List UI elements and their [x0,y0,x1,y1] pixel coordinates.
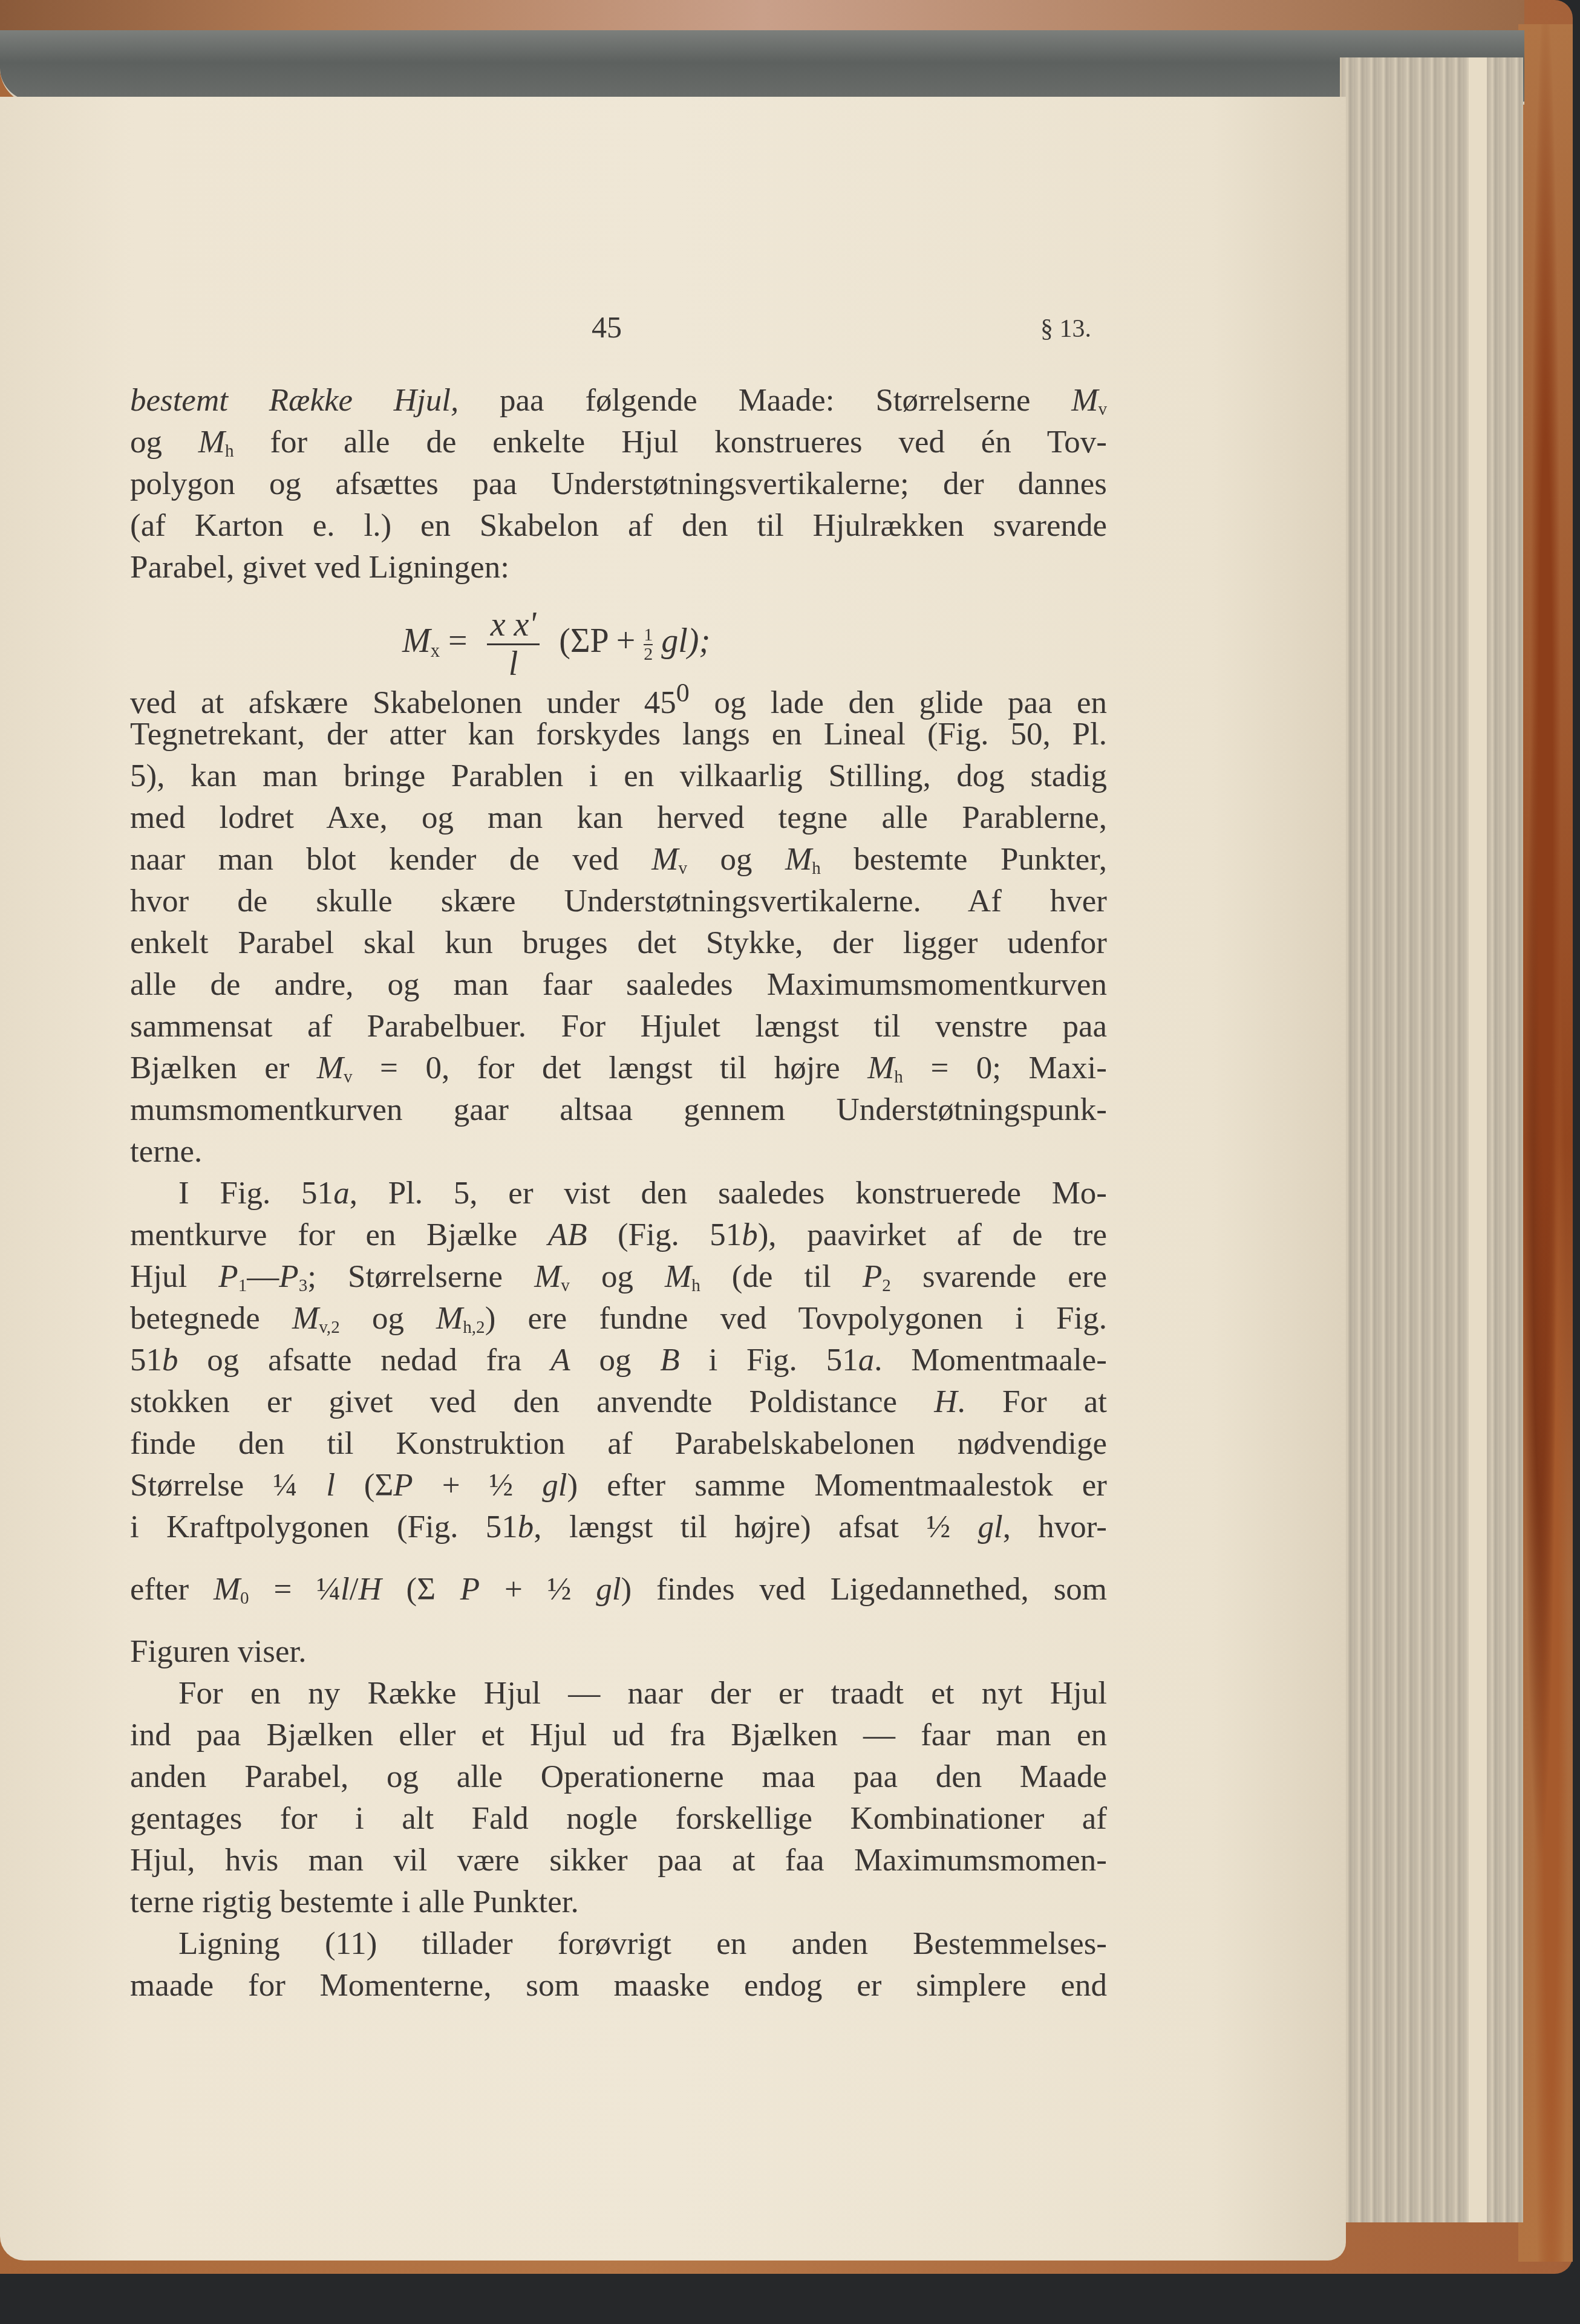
page-stack-highlight [1469,57,1487,2222]
text-line: 5), kan man bringe Parablen i en vilkaar… [130,755,1107,797]
text-line: naar man blot kender de ved Mv og Mh bes… [130,839,1107,880]
text-line: ind paa Bjælken eller et Hjul ud fra Bjæ… [130,1714,1107,1756]
text-line: hvor de skulle skære Understøtningsverti… [130,880,1107,922]
text-line: For en ny Række Hjul — naar der er traad… [130,1673,1107,1714]
text-line: og Mh for alle de enkelte Hjul konstruer… [130,422,1107,463]
text-line: mumsmomentkurven gaar altsaa gennem Unde… [130,1089,1107,1131]
text-line: bestemt Række Hjul, paa følgende Maade: … [130,380,1107,422]
text-line: gentages for i alt Fald nogle forskellig… [130,1798,1107,1840]
line-spacer [130,1610,1107,1631]
text-line: Figuren viser. [130,1631,1107,1673]
text-line: finde den til Konstruktion af Parabelska… [130,1423,1107,1465]
text-line: Tegnetrekant, der atter kan forskydes la… [130,714,1107,755]
text-line: mentkurve for en Bjælke AB (Fig. 51b), p… [130,1214,1107,1256]
text-line: enkelt Parabel skal kun bruges det Stykk… [130,922,1107,964]
text-line: 51b og afsatte nedad fra A og B i Fig. 5… [130,1339,1107,1381]
section-marker: § 13. [1040,314,1091,343]
text-line: sammensat af Parabelbuer. For Hjulet læn… [130,1006,1107,1047]
text-line: Bjælken er Mv = 0, for det længst til hø… [130,1047,1107,1089]
text-line: alle de andre, og man faar saaledes Maxi… [130,964,1107,1006]
text-line: ved at afskære Skabelonen under 450 og l… [130,672,1107,714]
text-line: Hjul P1—P3; Størrelserne Mv og Mh (de ti… [130,1256,1107,1298]
text-line: I Fig. 51a, Pl. 5, er vist den saaledes … [130,1173,1107,1214]
text-line: betegnede Mv,2 og Mh,2) ere fundne ved T… [130,1298,1107,1339]
text-line: stokken er givet ved den anvendte Poldis… [130,1381,1107,1423]
text-line: med lodret Axe, og man kan herved tegne … [130,797,1107,839]
page-number: 45 [592,310,622,345]
text-line: anden Parabel, og alle Operationerne maa… [130,1756,1107,1798]
page-stack-edge [1340,57,1523,2222]
text-line: Parabel, givet ved Ligningen: [130,547,1107,588]
line-spacer [130,1548,1107,1569]
text-line: efter M0 = ¼l/H (Σ P + ½ gl) findes ved … [130,1569,1107,1610]
text-line: terne rigtig bestemte i alle Punkter. [130,1881,1107,1923]
body-text: bestemt Række Hjul, paa følgende Maade: … [130,380,1107,2007]
text-line: terne. [130,1131,1107,1173]
text-line: (af Karton e. l.) en Skabelon af den til… [130,505,1107,547]
line-spacer [130,588,1107,630]
text-line: polygon og afsættes paa Understøtningsve… [130,463,1107,505]
text-line: Ligning (11) tillader forøvrigt en anden… [130,1923,1107,1965]
text-line: maade for Momenterne, som maaske endog e… [130,1965,1107,2007]
text-line: Størrelse ¼ l (ΣP + ½ gl) efter samme Mo… [130,1465,1107,1506]
text-line: Hjul, hvis man vil være sikker paa at fa… [130,1840,1107,1881]
book-cover-marbled-edge [1518,24,1573,2262]
text-line: i Kraftpolygonen (Fig. 51b, længst til h… [130,1506,1107,1548]
page-block-top-edge [0,30,1524,105]
line-spacer [130,630,1107,672]
